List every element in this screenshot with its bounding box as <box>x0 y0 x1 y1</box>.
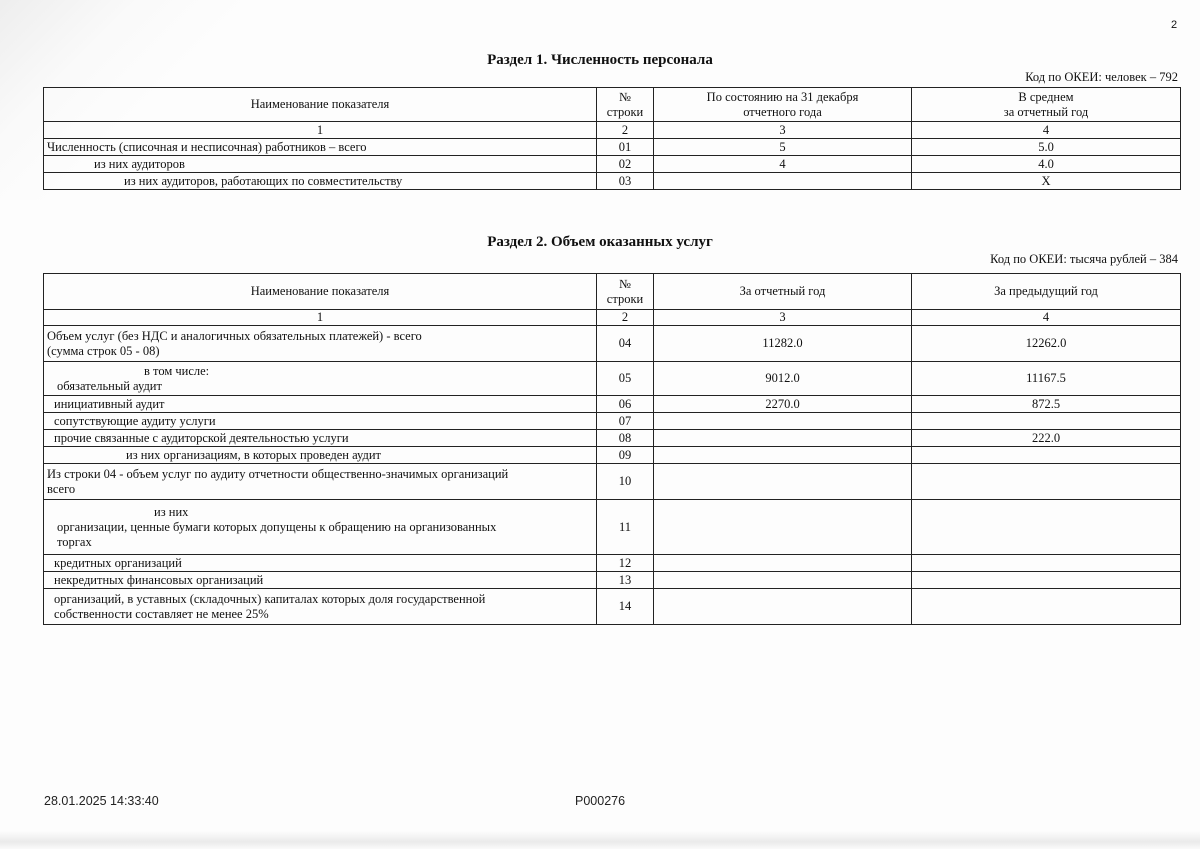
row-code: 11 <box>597 500 654 555</box>
row-code: 10 <box>597 464 654 500</box>
cell-reporting-year <box>654 413 912 430</box>
row-label: инициативный аудит <box>44 396 597 413</box>
row-code: 03 <box>597 173 654 190</box>
table-row: Объем услуг (без НДС и аналогичных обяза… <box>44 326 1181 362</box>
table-row: некредитных финансовых организаций 13 <box>44 572 1181 589</box>
col-number: 1 <box>44 310 597 326</box>
row-label-prefix: в том числе: <box>47 364 593 379</box>
cell-previous-year <box>912 500 1181 555</box>
cell-reporting-year <box>654 500 912 555</box>
table-row: кредитных организаций 12 <box>44 555 1181 572</box>
cell-previous-year <box>912 447 1181 464</box>
cell-previous-year <box>912 572 1181 589</box>
row-label: сопутствующие аудиту услуги <box>44 413 597 430</box>
cell-previous-year <box>912 464 1181 500</box>
table-row: инициативный аудит 06 2270.0 872.5 <box>44 396 1181 413</box>
row-code: 01 <box>597 139 654 156</box>
cell-reporting-year <box>654 572 912 589</box>
section1-okei-code: Код по ОКЕИ: человек – 792 <box>1025 70 1178 85</box>
cell-previous-year: 872.5 <box>912 396 1181 413</box>
section2-table: Наименование показателя № строки За отче… <box>43 273 1181 625</box>
row-label: кредитных организаций <box>44 555 597 572</box>
row-label: из них аудиторов, работающих по совмести… <box>44 173 597 190</box>
cell-reporting-year <box>654 589 912 625</box>
cell-end-of-year <box>654 173 912 190</box>
row-code: 08 <box>597 430 654 447</box>
cell-average: 4.0 <box>912 156 1181 173</box>
cell-previous-year <box>912 589 1181 625</box>
row-code: 14 <box>597 589 654 625</box>
cell-reporting-year <box>654 464 912 500</box>
table-row: Из строки 04 - объем услуг по аудиту отч… <box>44 464 1181 500</box>
cell-previous-year: 12262.0 <box>912 326 1181 362</box>
cell-end-of-year: 4 <box>654 156 912 173</box>
row-label: Из строки 04 - объем услуг по аудиту отч… <box>44 464 597 500</box>
row-label-prefix: из них <box>47 505 593 520</box>
col-number: 4 <box>912 122 1181 139</box>
column-number-row: 1 2 3 4 <box>44 310 1181 326</box>
section1-table: Наименование показателя № строки По сост… <box>43 87 1181 190</box>
cell-reporting-year <box>654 447 912 464</box>
col-number: 2 <box>597 310 654 326</box>
row-code: 07 <box>597 413 654 430</box>
row-code: 06 <box>597 396 654 413</box>
col-number: 3 <box>654 310 912 326</box>
row-label: обязательный аудит <box>47 379 593 394</box>
col-number: 1 <box>44 122 597 139</box>
cell-reporting-year: 11282.0 <box>654 326 912 362</box>
row-label: Объем услуг (без НДС и аналогичных обяза… <box>44 326 597 362</box>
table-row: из них аудиторов, работающих по совмести… <box>44 173 1181 190</box>
table-row: организаций, в уставных (складочных) кап… <box>44 589 1181 625</box>
row-code: 02 <box>597 156 654 173</box>
table-row: из них организации, ценные бумаги которы… <box>44 500 1181 555</box>
row-label: из них аудиторов <box>44 156 597 173</box>
header-name: Наименование показателя <box>44 274 597 310</box>
row-label-cell: в том числе: обязательный аудит <box>44 362 597 396</box>
col-number: 2 <box>597 122 654 139</box>
section2-title: Раздел 2. Объем оказанных услуг <box>0 234 1200 251</box>
table-row: Численность (списочная и несписочная) ра… <box>44 139 1181 156</box>
table-row: из них организациям, в которых проведен … <box>44 447 1181 464</box>
row-label: прочие связанные с аудиторской деятельно… <box>44 430 597 447</box>
cell-end-of-year: 5 <box>654 139 912 156</box>
table-row: прочие связанные с аудиторской деятельно… <box>44 430 1181 447</box>
row-code: 13 <box>597 572 654 589</box>
row-label: организаций, в уставных (складочных) кап… <box>44 589 597 625</box>
table-row: в том числе: обязательный аудит 05 9012.… <box>44 362 1181 396</box>
header-average: В среднем за отчетный год <box>912 88 1181 122</box>
section1-title: Раздел 1. Численность персонала <box>0 52 1200 69</box>
header-previous-year: За предыдущий год <box>912 274 1181 310</box>
row-label-cell: из них организации, ценные бумаги которы… <box>44 500 597 555</box>
table-row: сопутствующие аудиту услуги 07 <box>44 413 1181 430</box>
cell-reporting-year <box>654 555 912 572</box>
header-row-no: № строки <box>597 274 654 310</box>
cell-previous-year: 11167.5 <box>912 362 1181 396</box>
row-label: организации, ценные бумаги которых допущ… <box>47 520 593 550</box>
cell-reporting-year <box>654 430 912 447</box>
cell-previous-year <box>912 555 1181 572</box>
cell-average: X <box>912 173 1181 190</box>
row-code: 05 <box>597 362 654 396</box>
cell-average: 5.0 <box>912 139 1181 156</box>
header-end-of-year: По состоянию на 31 декабря отчетного год… <box>654 88 912 122</box>
column-number-row: 1 2 3 4 <box>44 122 1181 139</box>
cell-reporting-year: 9012.0 <box>654 362 912 396</box>
form-code: P000276 <box>575 794 625 808</box>
table-header-row: Наименование показателя № строки По сост… <box>44 88 1181 122</box>
col-number: 3 <box>654 122 912 139</box>
row-code: 09 <box>597 447 654 464</box>
header-reporting-year: За отчетный год <box>654 274 912 310</box>
page-number: 2 <box>1171 19 1177 31</box>
scan-bottom-edge <box>0 831 1200 849</box>
row-label: некредитных финансовых организаций <box>44 572 597 589</box>
header-name: Наименование показателя <box>44 88 597 122</box>
table-row: из них аудиторов 02 4 4.0 <box>44 156 1181 173</box>
section2-okei-code: Код по ОКЕИ: тысяча рублей – 384 <box>990 252 1178 267</box>
col-number: 4 <box>912 310 1181 326</box>
row-label: из них организациям, в которых проведен … <box>44 447 597 464</box>
header-row-no: № строки <box>597 88 654 122</box>
table-header-row: Наименование показателя № строки За отче… <box>44 274 1181 310</box>
row-label: Численность (списочная и несписочная) ра… <box>44 139 597 156</box>
row-code: 12 <box>597 555 654 572</box>
cell-previous-year: 222.0 <box>912 430 1181 447</box>
cell-previous-year <box>912 413 1181 430</box>
row-code: 04 <box>597 326 654 362</box>
cell-reporting-year: 2270.0 <box>654 396 912 413</box>
print-timestamp: 28.01.2025 14:33:40 <box>44 794 159 808</box>
